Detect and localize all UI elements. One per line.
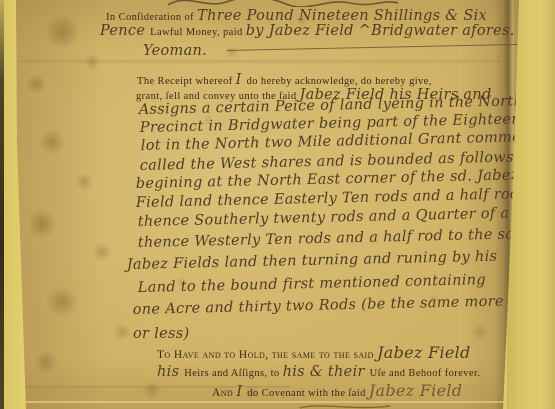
- deed-line: Yeoman.: [143, 43, 522, 60]
- handwritten-text: one Acre and thirty two Rods (be the sam…: [133, 294, 504, 318]
- handwritten-text: his & their: [283, 364, 370, 380]
- deed-paper: In Conſideration of Three Pound Nineteen…: [0, 0, 522, 409]
- flourish-rule: [227, 44, 522, 51]
- printed-text: Lawful Money, paid: [150, 27, 246, 38]
- handwritten-text: by Jabez Field ^Bridgwater afores.: [246, 23, 515, 39]
- handwritten-text: Three Pound Nineteen Shillings & Six: [197, 8, 487, 24]
- handwritten-text: Pence: [100, 23, 150, 39]
- deed-line: thence Westerly Ten rods and a half rod …: [138, 226, 522, 252]
- deed-line: Pence Lawful Money, paid by Jabez Field …: [100, 23, 515, 40]
- printed-text: Heirs and Aſſigns, to: [184, 368, 282, 379]
- paper-top-fold: [20, 60, 500, 64]
- printed-text: In Conſideration of: [106, 12, 197, 23]
- printed-text: To Have and to Hold, the ſame to the ſai…: [157, 349, 377, 361]
- handwritten-text: Jabez Fields land then turning and runin…: [127, 249, 498, 273]
- deed-line: To Have and to Hold, the ſame to the ſai…: [157, 345, 471, 363]
- deed-line: one Acre and thirty two Rods (be the sam…: [133, 294, 504, 319]
- clipped-cursive-fragment: [168, 0, 398, 7]
- printed-text: And: [212, 387, 236, 399]
- deed-photo: In Conſideration of Three Pound Nineteen…: [0, 0, 555, 409]
- handwritten-text: Jabez Field: [377, 343, 471, 362]
- handwritten-text: thence Westerly Ten rods and a half rod …: [138, 226, 522, 251]
- deed-line: Land to the bound first mentioned contai…: [138, 272, 486, 297]
- handwritten-text: Jabez Field: [369, 381, 463, 400]
- handwritten-text: Land to the bound first mentioned contai…: [138, 272, 486, 296]
- deed-line: And I do Covenant with the ſaid Jabez Fi…: [212, 383, 462, 401]
- deed-line: his Heirs and Aſſigns, to his & their Uſ…: [157, 364, 480, 381]
- handwritten-text: Yeoman.: [143, 43, 207, 59]
- handwritten-text: I: [236, 384, 247, 400]
- handwritten-text: I: [236, 72, 247, 88]
- handwritten-text: his: [157, 364, 184, 380]
- deed-line: or less): [133, 326, 189, 343]
- paper-bottom-edge-highlight: [10, 401, 522, 403]
- printed-text: do hereby acknowledge, do hereby give,: [247, 76, 432, 87]
- printed-text: Uſe and Behoof forever.: [370, 368, 481, 379]
- printed-text: do Covenant with the ſaid: [247, 388, 369, 399]
- handwritten-text: or less): [133, 326, 189, 342]
- clipped-cursive-fragment-bottom: [300, 404, 390, 409]
- printed-text: The Receipt whereof: [137, 76, 236, 87]
- mat-left-edge: [0, 0, 4, 409]
- deed-line: Jabez Fields land then turning and runin…: [127, 249, 498, 274]
